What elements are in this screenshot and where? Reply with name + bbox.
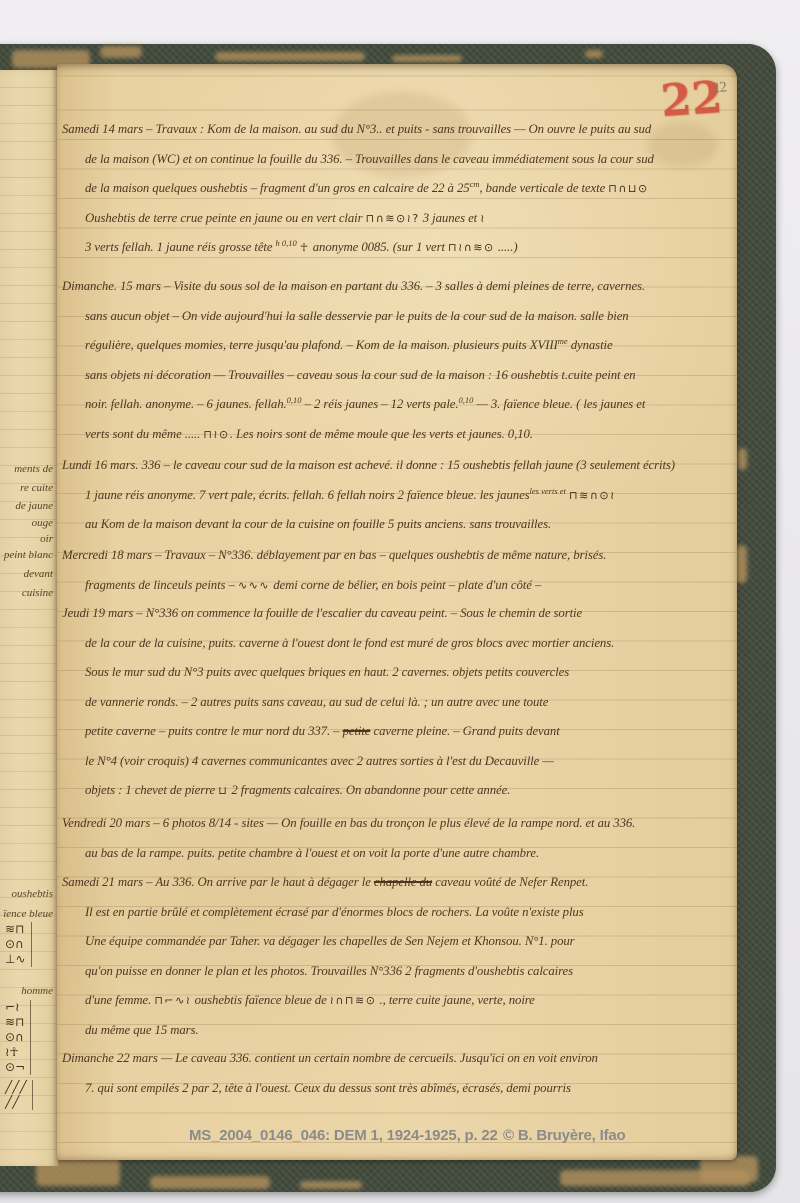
journal-entry: Samedi 21 mars – Au 336. On arrive par l…	[62, 868, 734, 1045]
journal-entry: Samedi 14 mars – Travaux : Kom de la mai…	[62, 115, 734, 263]
journal-line: de la cour de la cuisine, puits. caverne…	[62, 629, 734, 659]
journal-entry: Dimanche. 15 mars – Visite du sous sol d…	[62, 272, 734, 449]
previous-page-fragment: devant	[24, 568, 53, 580]
margin-hieroglyph-sketch: ≋⊓ ⊙∩ ⊥∿	[5, 922, 32, 967]
previous-page-fragment: oir	[40, 533, 53, 545]
hieroglyph-sketch: ⊓≋∩⊙≀	[569, 489, 616, 502]
journal-line: noir. fellah. anonyme. – 6 jaunes. fella…	[62, 390, 734, 420]
previous-page-fragment: ouge	[32, 517, 53, 529]
journal-line: sans objets ni décoration — Trouvailles …	[62, 361, 734, 391]
journal-line: Oushebtis de terre crue peinte en jaune …	[62, 204, 734, 234]
superscript-note: les verts et	[530, 486, 566, 496]
journal-line: régulière, quelques momies, terre jusqu'…	[62, 331, 734, 361]
journal-line: Samedi 21 mars – Au 336. On arrive par l…	[62, 868, 734, 898]
hieroglyph-sketch: ⊔	[218, 784, 228, 797]
journal-line: Vendredi 20 mars – 6 photos 8/14 - sites…	[62, 809, 734, 839]
struck-text: chapelle du	[374, 875, 432, 889]
journal-line: Sous le mur sud du N°3 puits avec quelqu…	[62, 658, 734, 688]
journal-page: 22 22 Samedi 14 mars – Travaux : Kom de …	[57, 64, 737, 1160]
journal-line: Samedi 14 mars – Travaux : Kom de la mai…	[62, 115, 734, 145]
hieroglyph-sketch: ☥	[300, 241, 310, 254]
journal-line: Il est en partie brûlé et complètement é…	[62, 898, 734, 928]
superscript-note: cm	[470, 179, 480, 189]
journal-entry: Dimanche 22 mars — Le caveau 336. contie…	[62, 1044, 734, 1103]
journal-line: fragments de linceuls peints – ∿∿∿ demi …	[62, 571, 734, 601]
previous-page-fragment: cuisine	[22, 587, 53, 599]
cover-wear-patch	[300, 1181, 362, 1189]
hieroglyph-sketch: ∿∿∿	[238, 579, 270, 592]
journal-line: 1 jaune réis anonyme. 7 vert pale, écrit…	[62, 481, 734, 511]
previous-page-fragment: oushebtis	[11, 888, 53, 900]
hieroglyph-sketch: ⊓∩≋⊙≀?	[366, 212, 420, 225]
superscript-note: me	[558, 336, 568, 346]
hieroglyph-sketch: ⊓∩⊔⊙	[608, 182, 648, 195]
journal-line: d'une femme. ⊓⌐∿≀ oushebtis faïence bleu…	[62, 986, 734, 1016]
archive-reference: MS_2004_0146_046: DEM 1, 1924-1925, p. 2…	[189, 1127, 498, 1144]
struck-text: petite	[343, 724, 371, 738]
cover-wear-patch	[585, 50, 603, 58]
previous-page-fragment: peint blanc	[4, 549, 53, 561]
journal-entry: Mercredi 18 mars – Travaux – N°336. débl…	[62, 541, 734, 600]
previous-page-fragment: ments de	[14, 463, 53, 475]
superscript-note: 0,10	[458, 395, 473, 405]
journal-entry: Vendredi 20 mars – 6 photos 8/14 - sites…	[62, 809, 734, 868]
previous-page-fragment: re cuite	[20, 482, 53, 494]
hieroglyph-sketch: ⊓⌐∿≀	[154, 994, 191, 1007]
journal-line: Mercredi 18 mars – Travaux – N°336. débl…	[62, 541, 734, 571]
scanned-journal-screenshot: { "scan": { "page_number_red": "22", "pa…	[0, 0, 800, 1203]
cover-wear-patch	[738, 448, 747, 470]
cover-wear-patch	[215, 52, 365, 61]
hieroglyph-sketch: ⊓≀∩≋⊙	[448, 241, 495, 254]
cover-wear-patch	[736, 545, 747, 583]
journal-line: 3 verts fellah. 1 jaune réis grosse tête…	[62, 233, 734, 263]
journal-entry: Jeudi 19 mars – N°336 on commence la fou…	[62, 599, 734, 806]
cover-wear-patch	[100, 46, 142, 58]
page-number-pencil: 22	[711, 79, 728, 97]
journal-line: le N°4 (voir croquis) 4 cavernes communi…	[62, 747, 734, 777]
journal-line: sans aucun objet – On vide aujourd'hui l…	[62, 302, 734, 332]
hieroglyph-sketch: ⊓≀⊙	[203, 428, 229, 441]
journal-line: au bas de la rampe. puits. petite chambr…	[62, 839, 734, 869]
hieroglyph-sketch: ≀	[480, 212, 486, 225]
journal-line: de la maison (WC) et on continue la foui…	[62, 145, 734, 175]
journal-line: Jeudi 19 mars – N°336 on commence la fou…	[62, 599, 734, 629]
journal-line: Dimanche. 15 mars – Visite du sous sol d…	[62, 272, 734, 302]
journal-line: au Kom de la maison devant la cour de la…	[62, 510, 734, 540]
journal-line: Dimanche 22 mars — Le caveau 336. contie…	[62, 1044, 734, 1074]
superscript-note: h 0,10	[276, 238, 297, 248]
journal-line: 7. qui sont empilés 2 par 2, tête à l'ou…	[62, 1074, 734, 1104]
margin-hieroglyph-sketch: ⌐≀ ≋⊓ ⊙∩ ≀☥ ⊙¬	[5, 1000, 31, 1075]
journal-line: verts sont du même ..... ⊓≀⊙. Les noirs …	[62, 420, 734, 450]
superscript-note: 0,10	[287, 395, 302, 405]
cover-wear-patch	[392, 55, 462, 62]
previous-page-fragment: ïence bleue	[3, 908, 53, 920]
journal-line: petite caverne – puits contre le mur nor…	[62, 717, 734, 747]
journal-line: Une équipe commandée par Taher. va dégag…	[62, 927, 734, 957]
previous-page-fragment: de jaune	[15, 500, 53, 512]
journal-line: du même que 15 mars.	[62, 1016, 734, 1046]
journal-line: qu'on puisse en donner le plan et les ph…	[62, 957, 734, 987]
margin-hieroglyph-sketch: ╱╱╱ ╱╱	[5, 1080, 33, 1110]
journal-line: de vannerie ronds. – 2 autres puits sans…	[62, 688, 734, 718]
journal-line: Lundi 16 mars. 336 – le caveau cour sud …	[62, 451, 734, 481]
previous-page-edge: ments dere cuitede jauneougeoirpeint bla…	[0, 70, 58, 1166]
journal-entry: Lundi 16 mars. 336 – le caveau cour sud …	[62, 451, 734, 540]
copyright-credit: © B. Bruyère, Ifao	[503, 1127, 626, 1144]
cover-wear-patch	[150, 1176, 270, 1189]
hieroglyph-sketch: ≀∩⊓≋⊙	[330, 994, 377, 1007]
journal-line: objets : 1 chevet de pierre ⊔ 2 fragment…	[62, 776, 734, 806]
previous-page-fragment: homme	[21, 985, 53, 997]
journal-line: de la maison quelques oushebtis – fragme…	[62, 174, 734, 204]
